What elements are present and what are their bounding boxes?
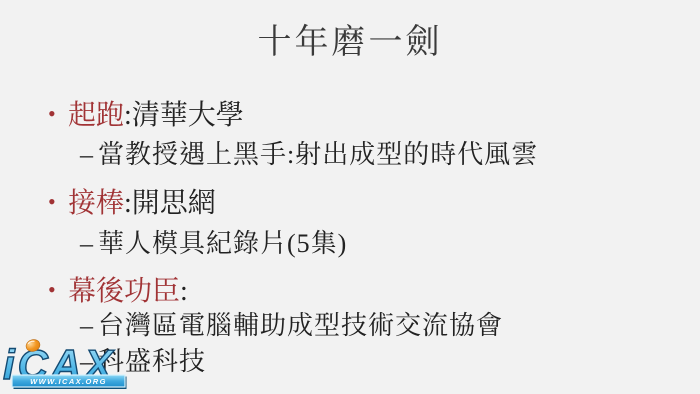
sub-dash-icon: – bbox=[80, 229, 98, 259]
sub-bullet-item: –台灣區電腦輔助成型技術交流協會 bbox=[80, 311, 503, 341]
bullet-lead: 起跑 bbox=[68, 100, 124, 131]
sub-bullet-text: 當教授遇上黑手:射出成型的時代風雲 bbox=[98, 140, 538, 169]
sub-bullet-text: 華人模具紀錄片(5集) bbox=[98, 229, 347, 258]
icax-banner: WWW.ICAX.ORG bbox=[12, 375, 127, 389]
bullet-dot-icon: • bbox=[48, 98, 68, 130]
slide-title: 十年磨一劍 bbox=[0, 24, 700, 62]
bullet-item: •起跑:清華大學 bbox=[48, 98, 244, 132]
icax-banner-text: WWW.ICAX.ORG bbox=[30, 377, 107, 386]
sub-bullet-text: 台灣區電腦輔助成型技術交流協會 bbox=[98, 311, 503, 340]
bullet-dot-icon: • bbox=[48, 274, 68, 306]
icax-logo: iCAX WWW.ICAX.ORG bbox=[2, 336, 130, 394]
bullet-item: •幕後功臣: bbox=[48, 274, 188, 308]
bullet-item: •接棒:開思網 bbox=[48, 186, 216, 220]
sub-dash-icon: – bbox=[80, 140, 98, 170]
sub-bullet-item: –華人模具紀錄片(5集) bbox=[80, 229, 347, 259]
presentation-slide: 十年磨一劍 •起跑:清華大學 –當教授遇上黑手:射出成型的時代風雲 •接棒:開思… bbox=[0, 0, 700, 394]
bullet-dot-icon: • bbox=[48, 186, 68, 218]
bullet-rest: : bbox=[180, 276, 188, 307]
sub-bullet-item: –當教授遇上黑手:射出成型的時代風雲 bbox=[80, 140, 538, 170]
bullet-lead: 接棒 bbox=[68, 188, 124, 219]
bullet-lead: 幕後功臣 bbox=[68, 276, 180, 307]
bullet-rest: :開思網 bbox=[124, 188, 216, 219]
bullet-rest: :清華大學 bbox=[124, 100, 244, 131]
